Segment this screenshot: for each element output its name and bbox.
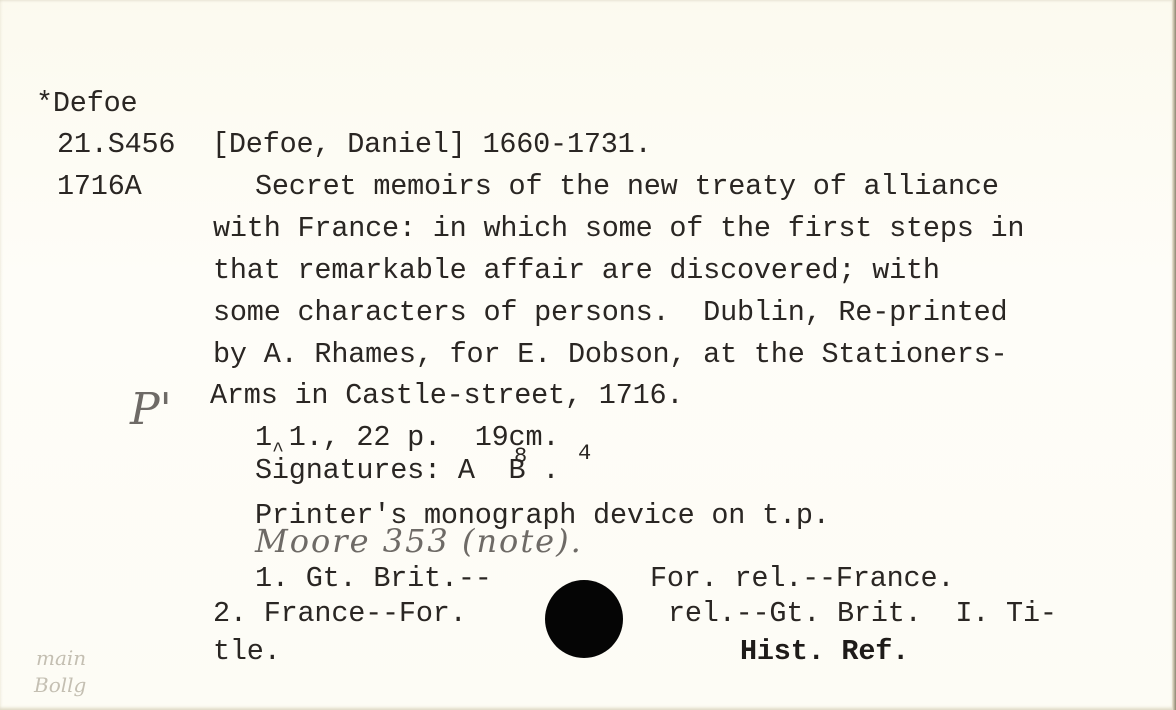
title-line-5: by A. Rhames, for E. Dobson, at the Stat… [213, 341, 1007, 370]
title-line-4: some characters of persons. Dublin, Re-p… [213, 299, 1007, 328]
handwritten-reference: Moore 353 (note). [255, 525, 583, 557]
punch-hole [545, 580, 623, 658]
title-line-1: Secret memoirs of the new treaty of alli… [255, 173, 999, 202]
handwritten-note-line-2: Bollg [34, 675, 86, 695]
historical-reference-stamp: Hist. Ref. [740, 638, 909, 667]
signature-a-superscript: 8 [514, 446, 527, 468]
catalog-card: *Defoe 21.S456 1716A [Defoe, Daniel] 166… [0, 0, 1176, 710]
title-line-6: Arms in Castle-street, 1716. [210, 382, 683, 411]
subject-1-right: For. rel.--France. [650, 565, 954, 594]
subject-2-left: 2. France--For. [213, 600, 467, 629]
author-heading: [Defoe, Daniel] 1660-1731. [212, 131, 651, 160]
call-number-line-2: 1716A [57, 173, 142, 202]
handwritten-margin-mark: P' [130, 388, 172, 432]
subject-2-right: rel.--Gt. Brit. I. Ti- [668, 600, 1057, 629]
subject-1-left: 1. Gt. Brit.-- [255, 565, 492, 594]
title-line-3: that remarkable affair are discovered; w… [213, 257, 940, 286]
handwritten-note-line-1: main [36, 648, 86, 668]
main-entry-tracing: *Defoe [36, 90, 137, 119]
title-line-2: with France: in which some of the first … [213, 215, 1024, 244]
subject-3-left: tle. [213, 638, 281, 667]
call-number-line-1: 21.S456 [57, 131, 175, 160]
signature-b-superscript: 4 [578, 443, 591, 465]
